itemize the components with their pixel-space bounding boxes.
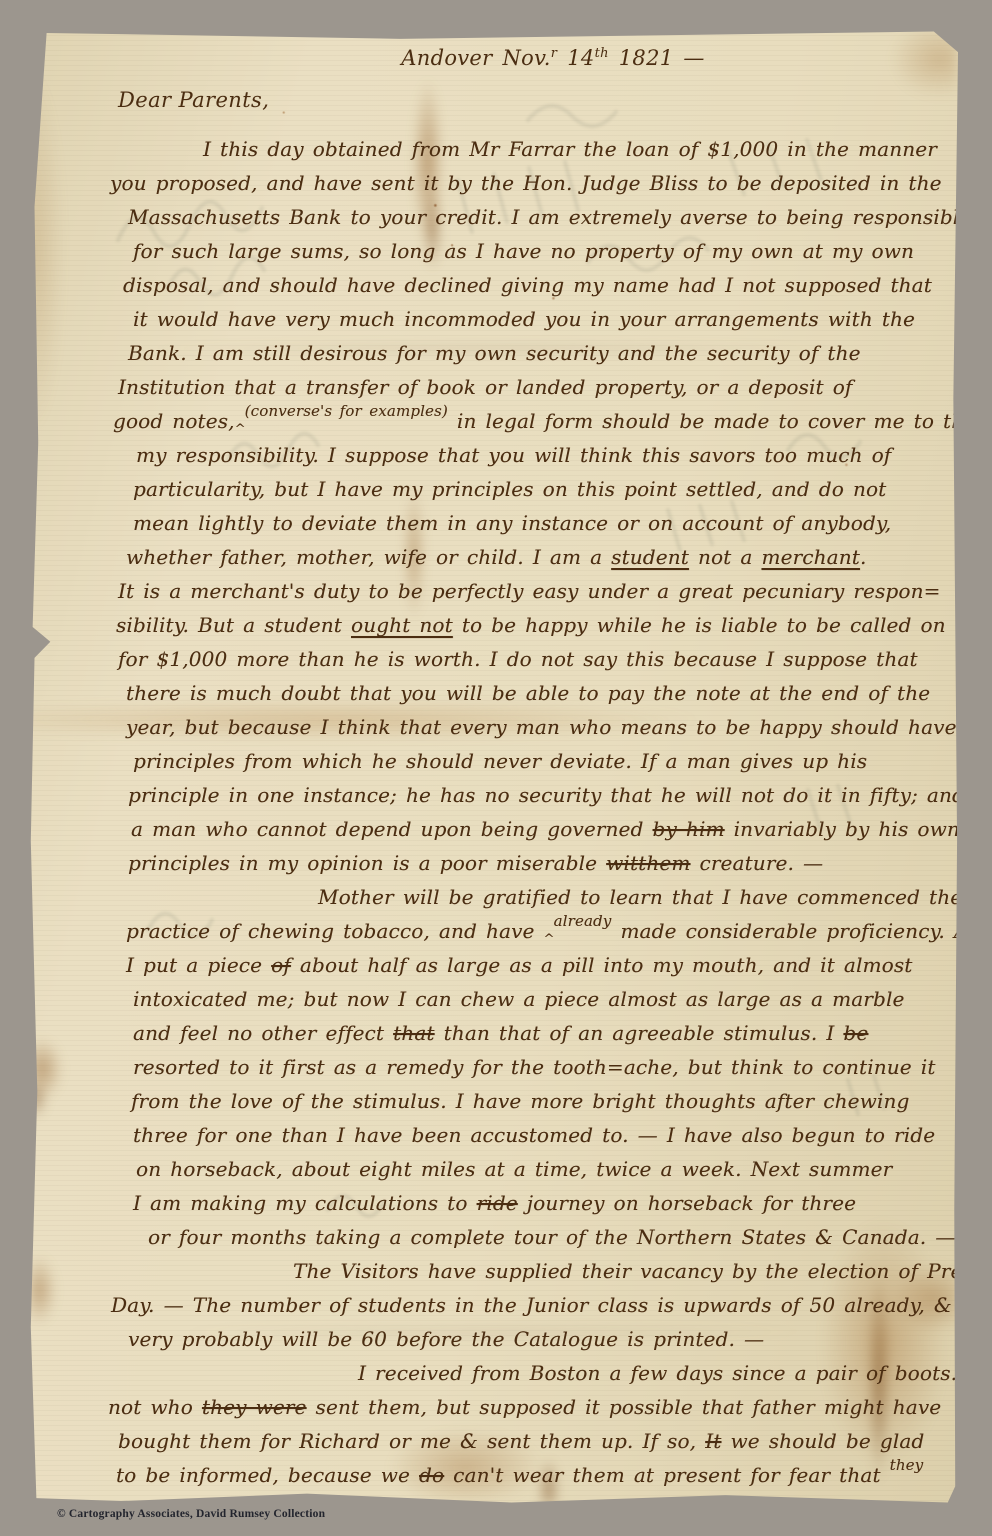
letter-text: made considerable proficiency. At first [611, 919, 992, 943]
dateline-text: 1821 — [609, 46, 705, 70]
letter-text: I am making my calculations to [133, 1191, 477, 1215]
letter-line: for such large sums, so long as I have n… [108, 234, 940, 268]
letter-text-underline: merchant [761, 545, 860, 569]
letter-text: and feel no other effect [133, 1021, 393, 1045]
letter-text-strike: be [843, 1021, 868, 1045]
letter-line: and feel no other effect that than that … [108, 1016, 940, 1050]
letter-text: I this day obtained from Mr Farrar the l… [203, 137, 937, 161]
letter-text: can't wear them at present for fear that [444, 1463, 890, 1487]
letter-text: mean lightly to deviate them in any inst… [133, 511, 891, 535]
letter-text: from the love of the stimulus. I have mo… [131, 1089, 909, 1113]
letter-line: particularity, but I have my principles … [108, 472, 940, 506]
letter-line: mean lightly to deviate them in any inst… [108, 506, 940, 540]
letter-line: I received from Boston a few days since … [108, 1356, 940, 1390]
letter-line: three for one than I have been accustome… [108, 1118, 940, 1152]
letter-line: principles in my opinion is a poor miser… [108, 846, 940, 880]
letter-line: you proposed, and have sent it by the Ho… [108, 166, 940, 200]
letter-text: for such large sums, so long as I have n… [133, 239, 914, 263]
letter-line: bought them for Richard or me & sent the… [108, 1424, 940, 1458]
letter-text: to be informed, because we [116, 1463, 419, 1487]
letter-text: a man who cannot depend upon being gover… [131, 817, 653, 841]
letter-text-underline: student [611, 545, 689, 569]
letter-line: Bank. I am still desirous for my own sec… [108, 336, 940, 370]
letter-line: The Visitors have supplied their vacancy… [108, 1254, 940, 1288]
letter-text: journey on horseback for three [518, 1191, 856, 1215]
letter-line: it would have very much incommoded you i… [108, 302, 940, 336]
letter-text: in legal form should be made to cover me… [448, 409, 992, 433]
letter-text: about half as large as a pill into my mo… [291, 953, 913, 977]
letter-text: intoxicated me; but now I can chew a pie… [133, 987, 905, 1011]
letter-text: particularity, but I have my principles … [133, 477, 886, 501]
background-mat: Andover Nov.r 14th 1821 — Dear Parents, … [0, 0, 992, 1536]
letter-line: I put a piece of about half as large as … [108, 948, 940, 982]
letter-text: Institution that a transfer of book or l… [118, 375, 852, 399]
letter-line: Massachusetts Bank to your credit. I am … [108, 200, 940, 234]
letter-text: for $1,000 more than he is worth. I do n… [118, 647, 918, 671]
letter-text-insert: already [554, 904, 612, 938]
letter-text: three for one than I have been accustome… [133, 1123, 935, 1147]
letter-text: you proposed, and have sent it by the Ho… [110, 171, 942, 195]
letter-paper: Andover Nov.r 14th 1821 — Dear Parents, … [28, 30, 958, 1504]
letter-text: principles from which he should never de… [133, 749, 867, 773]
letter-text: Mother will be gratified to learn that I… [318, 885, 962, 909]
letter-text: not who [108, 1395, 202, 1419]
letter-line: resorted to it first as a remedy for the… [108, 1050, 940, 1084]
letter-line: Day. — The number of students in the Jun… [108, 1288, 940, 1322]
letter-line: disposal, and should have declined givin… [108, 268, 940, 302]
salutation: Dear Parents, [118, 88, 269, 112]
letter-text: to be happy while he is liable to be cal… [453, 613, 946, 637]
letter-text: Day. — The number of students in the Jun… [111, 1293, 952, 1317]
letter-text: not a [689, 545, 762, 569]
letter-text-strike: by him [653, 817, 725, 841]
letter-text: year, but because I think that every man… [126, 715, 992, 739]
letter-text-strike: ride [477, 1191, 518, 1215]
letter-line: It is a merchant's duty to be perfectly … [108, 574, 940, 608]
letter-line: good notes,^(converse's for examples) in… [108, 404, 940, 438]
letter-text: disposal, and should have declined givin… [123, 273, 932, 297]
letter-line: from the love of the stimulus. I have mo… [108, 1084, 940, 1118]
letter-line: principle in one instance; he has no sec… [108, 778, 940, 812]
letter-line: principles from which he should never de… [108, 744, 940, 778]
letter-line: for $1,000 more than he is worth. I do n… [108, 642, 940, 676]
letter-text-insert: (converse's for examples) [245, 394, 448, 428]
letter-text: resorted to it first as a remedy for the… [133, 1055, 936, 1079]
letter-text-strike: It [705, 1429, 721, 1453]
letter-line: whether father, mother, wife or child. I… [108, 540, 940, 574]
letter-text-strike: that [393, 1021, 434, 1045]
letter-text: Massachusetts Bank to your credit. I am … [128, 205, 971, 229]
letter-line: I this day obtained from Mr Farrar the l… [108, 132, 940, 166]
letter-text: there is much doubt that you will be abl… [126, 681, 930, 705]
letter-line: I am making my calculations to ride jour… [108, 1186, 940, 1220]
letter-text: practice of chewing tobacco, and have [126, 919, 544, 943]
letter-line: Institution that a transfer of book or l… [108, 370, 940, 404]
letter-text: whether father, mother, wife or child. I… [126, 545, 611, 569]
letter-text: than that of an agreeable stimulus. I [435, 1021, 844, 1045]
letter-text: good notes, [113, 409, 235, 433]
letter-line: sibility. But a student ought not to be … [108, 608, 940, 642]
letter-line: my responsibility. I suppose that you wi… [108, 438, 940, 472]
scan-page: { "page": { "background_color": "#9c968e… [0, 0, 992, 1536]
letter-text: creature. — [690, 851, 823, 875]
letter-text: The Visitors have supplied their vacancy… [293, 1259, 992, 1283]
letter-text: on horseback, about eight miles at a tim… [136, 1157, 892, 1181]
letter-text: very probably will be 60 before the Cata… [128, 1327, 764, 1351]
letter-text: Bank. I am still desirous for my own sec… [128, 341, 861, 365]
dateline-text-sup: th [595, 46, 609, 61]
letter-text: my responsibility. I suppose that you wi… [136, 443, 891, 467]
letter-text: sent them, but supposed it possible that… [307, 1395, 942, 1419]
letter-line: intoxicated me; but now I can chew a pie… [108, 982, 940, 1016]
letter-line: Mother will be gratified to learn that I… [108, 880, 940, 914]
letter-text: principle in one instance; he has no sec… [128, 783, 965, 807]
letter-line: to be informed, because we do can't wear… [108, 1458, 940, 1492]
letter-text-strike: of [271, 953, 291, 977]
letter-line: or four months taking a complete tour of… [108, 1220, 940, 1254]
letter-text: I received from Boston a few days since … [358, 1361, 992, 1385]
copyright-credit: © Cartography Associates, David Rumsey C… [57, 1508, 325, 1520]
letter-text-strike: do [419, 1463, 444, 1487]
letter-line: practice of chewing tobacco, and have ^a… [108, 914, 940, 948]
letter-text: sibility. But a student [116, 613, 351, 637]
letter-text: I put a piece [126, 953, 271, 977]
letter-text: It is a merchant's duty to be perfectly … [118, 579, 941, 603]
dateline: Andover Nov.r 14th 1821 — [28, 46, 958, 70]
letter-text-strike: witthem [606, 851, 690, 875]
letter-line: not who they were sent them, but suppose… [108, 1390, 940, 1424]
letter-text-strike: they were [202, 1395, 307, 1419]
letter-text: invariably by his own [725, 817, 960, 841]
letter-text: bought them for Richard or me & sent the… [118, 1429, 705, 1453]
letter-line: a man who cannot depend upon being gover… [108, 812, 940, 846]
dateline-text: Andover Nov. [401, 46, 550, 70]
letter-body: I this day obtained from Mr Farrar the l… [108, 132, 940, 1492]
letter-content: Andover Nov.r 14th 1821 — Dear Parents, … [28, 30, 958, 1504]
letter-line: year, but because I think that every man… [108, 710, 940, 744]
letter-line: on horseback, about eight miles at a tim… [108, 1152, 940, 1186]
letter-text-insert: they [890, 1448, 924, 1482]
letter-text-underline: ought not [351, 613, 453, 637]
letter-text: principles in my opinion is a poor miser… [128, 851, 606, 875]
dateline-text: 14 [557, 46, 594, 70]
letter-line: there is much doubt that you will be abl… [108, 676, 940, 710]
letter-line: very probably will be 60 before the Cata… [108, 1322, 940, 1356]
letter-text: or four months taking a complete tour of… [148, 1225, 955, 1249]
letter-text: it would have very much incommoded you i… [133, 307, 915, 331]
letter-text: . [860, 545, 867, 569]
